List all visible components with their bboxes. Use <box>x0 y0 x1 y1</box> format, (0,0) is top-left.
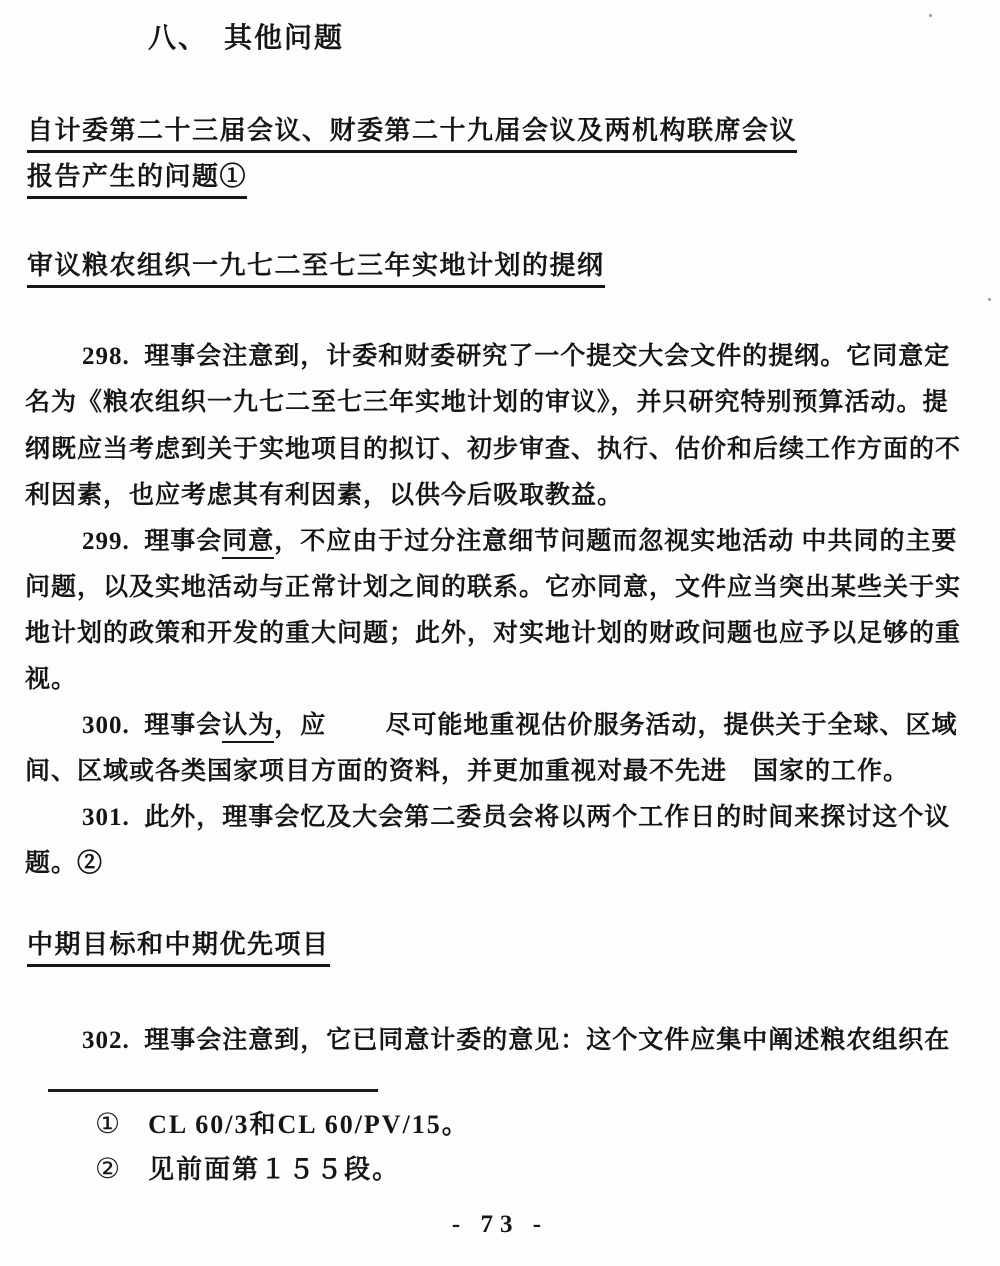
chapter-title: 八、 其他问题 <box>148 22 344 56</box>
scan-speck <box>929 14 932 17</box>
section-heading-midterm: 中期目标和中期优先项目 <box>27 929 330 960</box>
paragraph-298-line4: 利因素，也应考虑其有利因素，以供今后吸取教益。 <box>25 481 623 511</box>
paragraph-299-line2: 问题，以及实地活动与正常计划之间的联系。它亦同意，文件应当突出某些关于实 <box>25 573 961 603</box>
footnote-1-marker: ① <box>95 1107 122 1141</box>
scan-speck <box>988 298 991 301</box>
paragraph-299-line1-prefix: 299. 理事会 <box>82 528 222 555</box>
section-heading-review-text: 审议粮农组织一九七二至七三年实地计划的提纲 <box>27 251 605 288</box>
paragraph-301-line2: 题。② <box>25 849 103 879</box>
footnote-separator-rule <box>48 1089 378 1092</box>
paragraph-299-line4: 视。 <box>25 665 77 695</box>
paragraph-301-line1: 301. 此外，理事会忆及大会第二委员会将以两个工作日的时间来探讨这个议 <box>82 803 950 833</box>
paragraph-300-line1-rest: ，应 尽可能地重视估价服务活动，提供关于全球、区域 <box>274 712 957 739</box>
paragraph-300-underlined-word: 认为 <box>222 712 274 743</box>
paragraph-299-line3: 地计划的政策和开发的重大问题；此外，对实地计划的财政问题也应予以足够的重 <box>25 619 961 649</box>
paragraph-300-line1-prefix: 300. 理事会 <box>82 712 222 739</box>
footnote-1: ① CL 60/3和CL 60/PV/15。 <box>95 1104 470 1141</box>
paragraph-302-line1: 302. 理事会注意到，它已同意计委的意见：这个文件应集中阐述粮农组织在 <box>82 1026 950 1056</box>
section-heading-committees-line1-text: 自计委第二十三届会议、财委第二十九届会议及两机构联席会议 <box>27 116 797 153</box>
footnote-2-text: 见前面第１５５段。 <box>148 1149 400 1186</box>
paragraph-300-line1: 300. 理事会认为，应 尽可能地重视估价服务活动，提供关于全球、区域 <box>82 711 958 741</box>
section-heading-committees-line2: 报告产生的问题① <box>27 161 247 192</box>
paragraph-299-line1: 299. 理事会同意，不应由于过分注意细节问题而忽视实地活动 中共同的主要 <box>82 527 958 557</box>
paragraph-299-line1-rest: ，不应由于过分注意细节问题而忽视实地活动 中共同的主要 <box>274 528 957 555</box>
footnote-1-text: CL 60/3和CL 60/PV/15。 <box>148 1104 470 1141</box>
scanned-document-page: 八、 其他问题 自计委第二十三届会议、财委第二十九届会议及两机构联席会议 报告产… <box>0 0 1000 1266</box>
paragraph-298-line2: 名为《粮农组织一九七二至七三年实地计划的审议》，并只研究特别预算活动。提 <box>25 388 949 418</box>
section-heading-midterm-text: 中期目标和中期优先项目 <box>27 930 330 967</box>
page-number: - 73 - <box>0 1211 1000 1239</box>
section-heading-committees-line2-text: 报告产生的问题① <box>27 162 247 199</box>
paragraph-300-line2: 间、区域或各类国家项目方面的资料，并更加重视对最不先进 国家的工作。 <box>25 757 909 787</box>
paragraph-299-underlined-word: 同意 <box>222 528 274 559</box>
paragraph-298-line1: 298. 理事会注意到，计委和财委研究了一个提交大会文件的提纲。它同意定 <box>82 342 950 372</box>
section-heading-committees-line1: 自计委第二十三届会议、财委第二十九届会议及两机构联席会议 <box>27 115 797 146</box>
footnote-2: ② 见前面第１５５段。 <box>95 1149 400 1186</box>
paragraph-298-line3: 纲既应当考虑到关于实地项目的拟订、初步审查、执行、估价和后续工作方面的不 <box>25 435 961 465</box>
footnote-2-marker: ② <box>95 1152 122 1186</box>
section-heading-review: 审议粮农组织一九七二至七三年实地计划的提纲 <box>27 250 605 281</box>
